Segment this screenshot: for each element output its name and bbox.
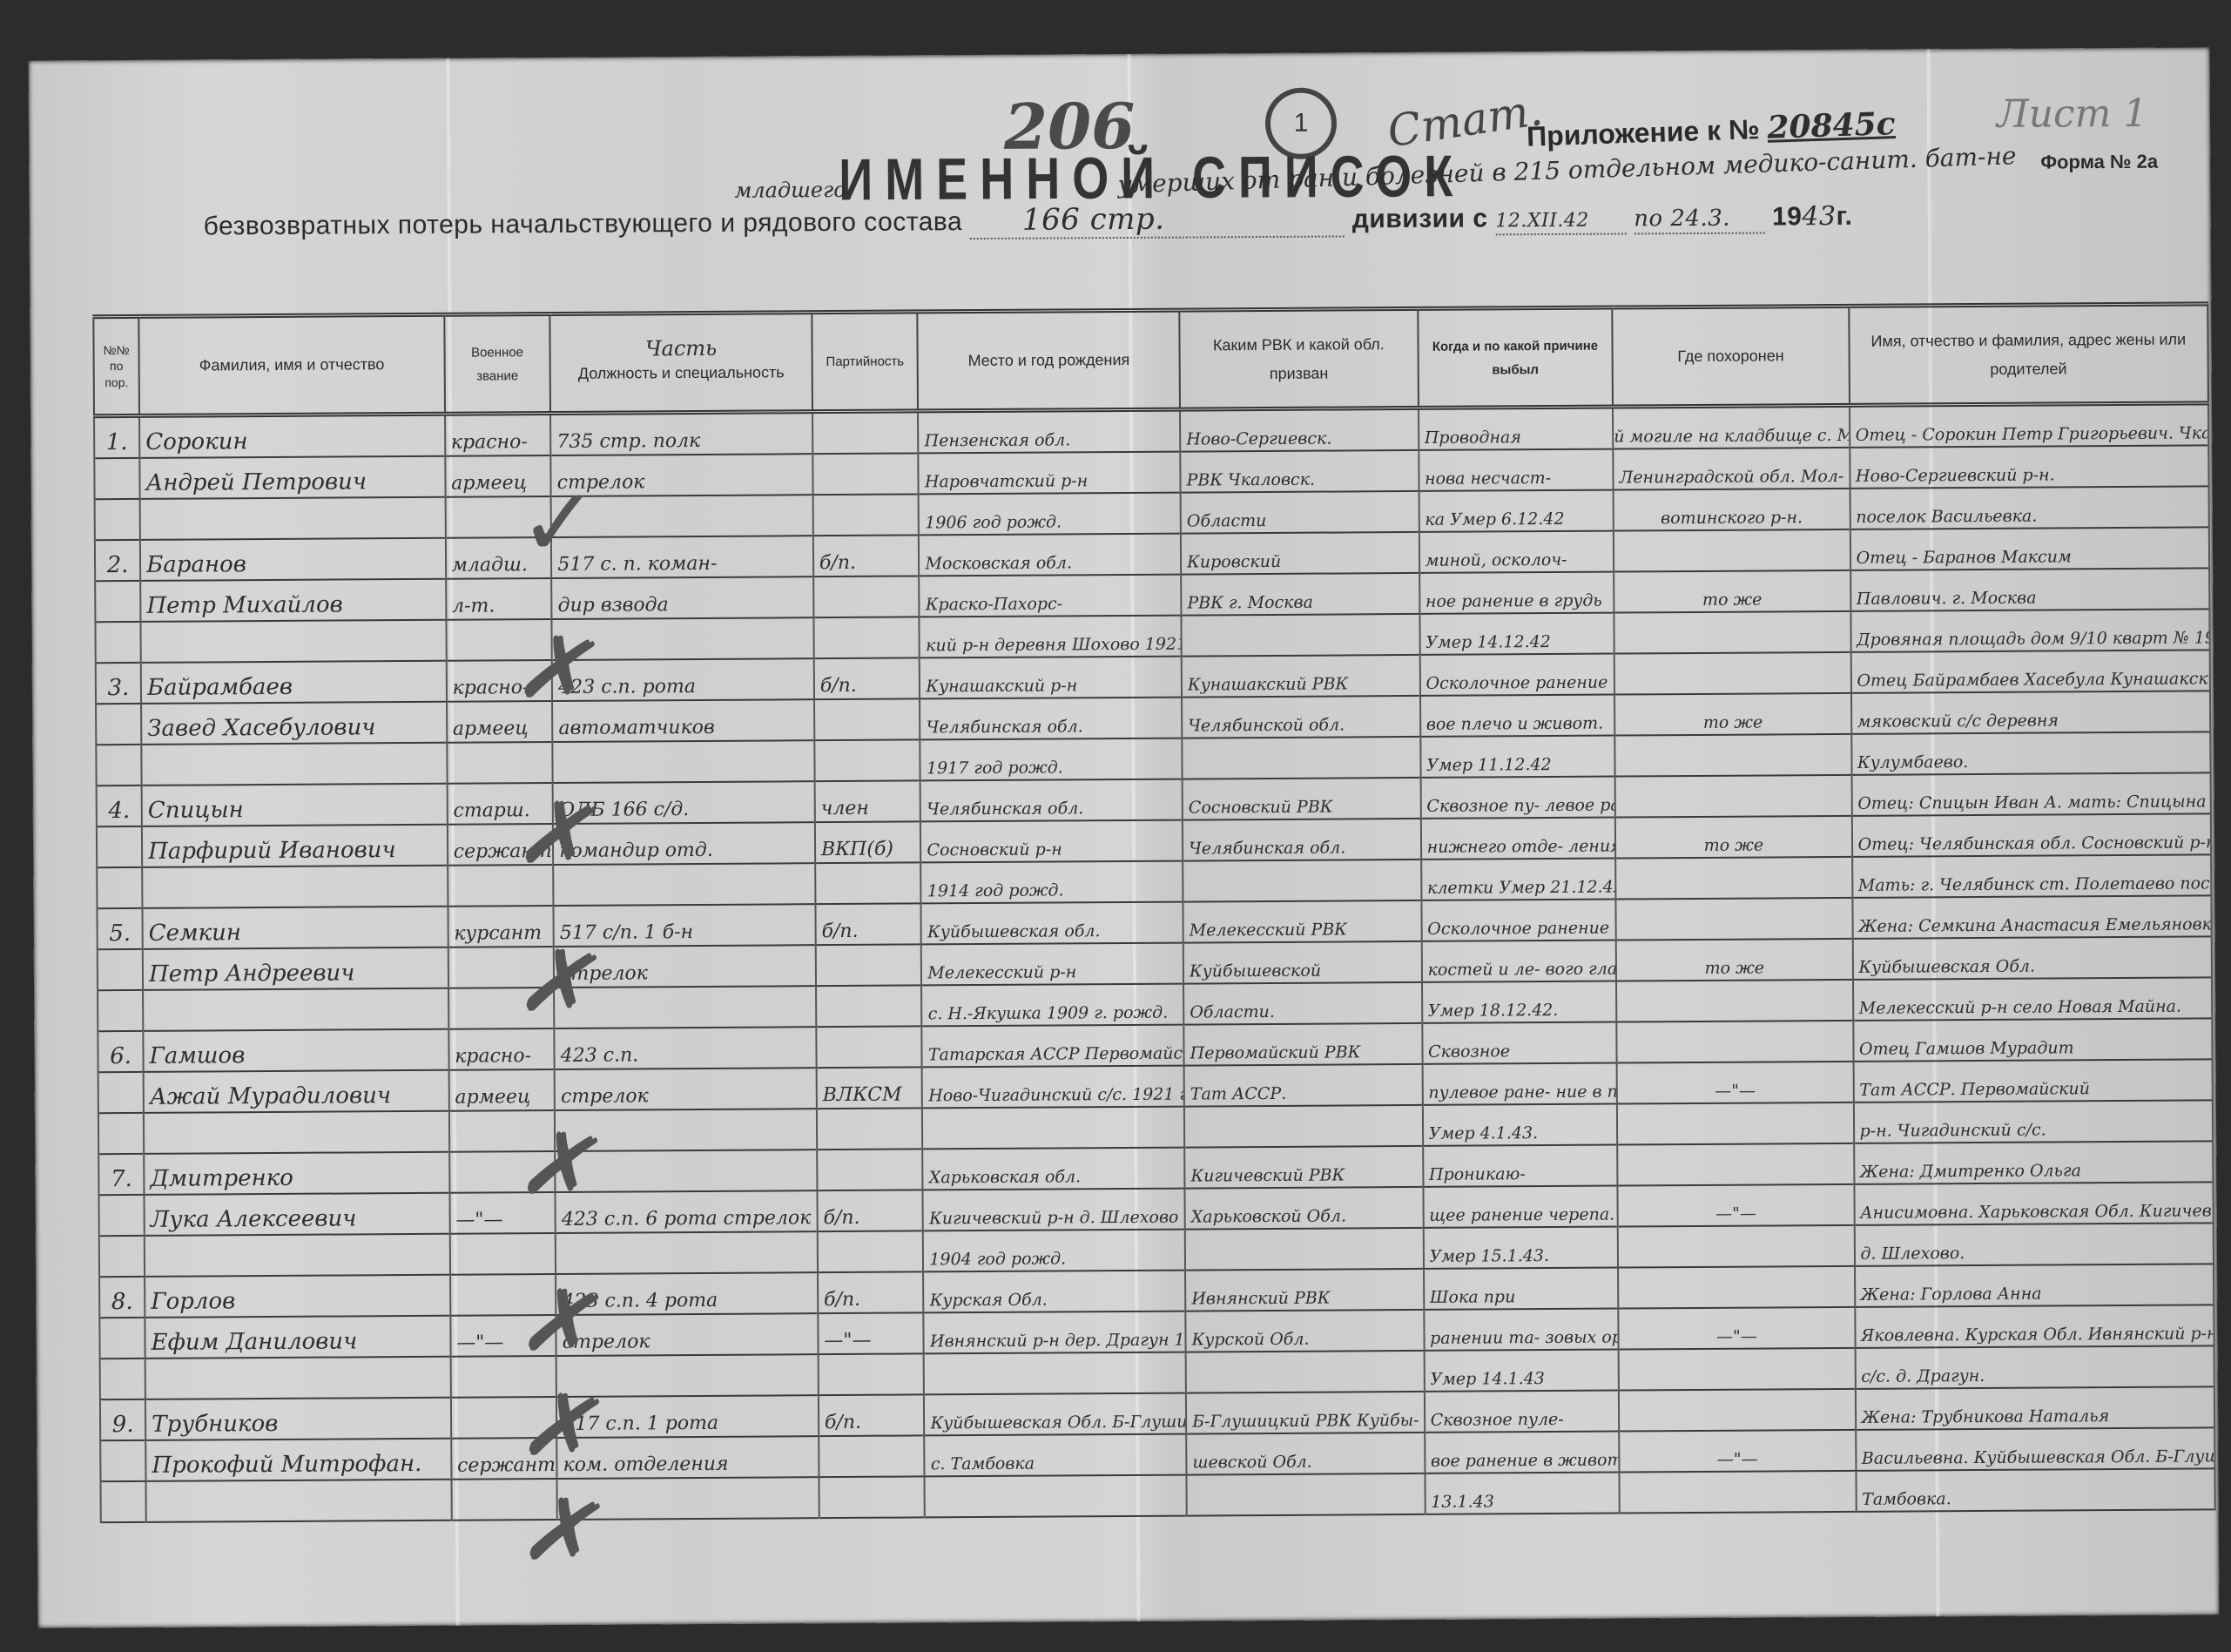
cell-name: БарановПетр Михайлов: [140, 539, 446, 664]
relatives-line: Отец Гамшов Мурадит: [1854, 1019, 2212, 1062]
death-line: нижнего отде- ления грудной: [1421, 819, 1614, 860]
birth-line: кий р-н деревня Шохово 1921 г.р.: [920, 617, 1181, 659]
relatives-line: Жена: Трубникова Наталья: [1856, 1387, 2214, 1431]
relatives-line: Отец Байрамбаев Хасебула Кунашакский р-н…: [1851, 651, 2209, 694]
cell-birth: Куйбышевская обл.Мелекесский р-нс. Н.-Як…: [921, 903, 1183, 1028]
death-line: Осколочное ранение с повреждением: [1422, 900, 1615, 942]
num-line: 5.: [98, 909, 141, 950]
party-line: член: [815, 781, 920, 823]
party-line: [813, 495, 918, 536]
cell-burial: то же: [1615, 776, 1852, 900]
cell-burial: —"—: [1616, 1022, 1853, 1146]
cell-death: Сквозноепулевое ране- ние в поясницуУмер…: [1422, 1023, 1617, 1147]
death-line: вое ранение в живот. Умер: [1426, 1433, 1619, 1474]
birth-line: Кигичевский р-н д. Шлехово: [924, 1190, 1184, 1232]
cell-burial: —"—: [1618, 1267, 1855, 1392]
rvk-line: [1185, 1106, 1422, 1149]
death-line: щее ранение черепа.: [1424, 1187, 1617, 1229]
death-line: Сквозное пу- левое ранение: [1421, 778, 1614, 819]
col-header-rank: Военное звание: [444, 314, 550, 415]
col-header-name: Фамилия, имя и отчество: [138, 314, 444, 415]
num-line: [101, 1359, 145, 1400]
burial-line: то же: [1614, 571, 1850, 614]
party-line: б/п.: [815, 658, 920, 700]
burial-line: [1617, 981, 1852, 1023]
cell-party: б/п.: [817, 1150, 923, 1273]
name-line: [144, 989, 448, 1032]
year-suffix: г.: [1836, 202, 1852, 231]
death-line: Проводная: [1419, 409, 1613, 451]
party-line: [817, 1027, 921, 1069]
num-line: [98, 950, 142, 991]
cell-name: ТрубниковПрокофий Митрофан.: [145, 1399, 451, 1523]
rvk-line: Ново-Сергиевск.: [1181, 410, 1418, 453]
rvk-line: Тат АССР.: [1185, 1065, 1422, 1108]
cell-num: 5.: [97, 909, 143, 1032]
birth-line: с. Н.-Якушка 1909 г. рожд.: [922, 985, 1183, 1028]
relatives-line: Жена: Горлова Анна: [1856, 1264, 2214, 1308]
party-line: б/п.: [814, 536, 919, 577]
table-row: 5.СемкинПетр Андреевичкурсант517 с/п. 1 …: [97, 896, 2212, 1032]
date-to: по 24.3.: [1634, 206, 1730, 233]
num-line: 2.: [96, 541, 139, 582]
party-line: [815, 740, 920, 782]
burial-line: —"—: [1619, 1308, 1854, 1351]
name-line: Баранов: [141, 539, 445, 582]
party-line: [813, 413, 918, 455]
name-line: Гамшов: [144, 1030, 448, 1073]
cell-birth: Московская обл.Краско-Пахорс-кий р-н дер…: [919, 535, 1181, 659]
birth-line: Сосновский р-н: [921, 821, 1182, 864]
relatives-line: Дровяная площадь дом 9/10 кварт № 19.: [1851, 610, 2209, 653]
num-line: 8.: [100, 1278, 144, 1318]
cell-death: Проводнаянова несчаст-ка Умер 6.12.42: [1419, 407, 1614, 533]
death-line: нова несчаст-: [1419, 450, 1613, 492]
party-line: [819, 1354, 923, 1396]
position-line: 735 стр. полк: [551, 414, 812, 456]
burial-line: то же: [1616, 817, 1851, 860]
num-line: [96, 623, 139, 664]
cell-name: ДмитренкоЛука Алексеевич: [144, 1153, 449, 1278]
death-line: ранении та- зовых органов: [1425, 1310, 1618, 1352]
name-line: Прокофий Митрофан.: [146, 1440, 450, 1482]
name-line: [142, 621, 446, 664]
birth-line: Пензенская обл.: [919, 412, 1179, 455]
burial-line: В братской могиле на кладбище с. Молвоти…: [1614, 408, 1849, 450]
birth-line: 1917 год рожд.: [921, 739, 1182, 782]
death-line: вое плечо и живот.: [1421, 696, 1614, 738]
col-header-position-label: Должность и специальность: [555, 359, 808, 388]
burial-line: [1620, 1390, 1855, 1433]
cell-death: Сквозное пуле-вое ранение в живот. Умер1…: [1424, 1392, 1619, 1515]
cell-name: ГамшовАжай Мурадилович: [143, 1030, 448, 1155]
num-line: 1.: [95, 418, 138, 459]
cell-num: 7.: [98, 1155, 145, 1278]
cell-party: б/п.—"—: [818, 1272, 924, 1396]
birth-line: Челябинская обл.: [921, 780, 1182, 823]
cell-relatives: Жена: Трубникова НатальяВасильевна. Куйб…: [1855, 1387, 2214, 1513]
party-line: [814, 617, 919, 659]
col-header-num: №№ по пор.: [93, 316, 139, 415]
death-line: Умер 11.12.42: [1421, 737, 1614, 779]
cell-burial: —"—: [1617, 1144, 1854, 1269]
burial-line: [1614, 530, 1850, 573]
cell-party: ВЛКСМ: [816, 1027, 922, 1150]
name-line: Сорокин: [140, 416, 444, 459]
form-label: Форма № 2а: [2040, 151, 2158, 174]
party-line: ВЛКСМ: [817, 1068, 921, 1109]
cell-rvk: Сосновский РВКЧелябинская обл.: [1183, 779, 1421, 903]
rvk-line: РВК Чкаловск.: [1181, 451, 1418, 494]
rvk-line: [1186, 1229, 1423, 1271]
cell-party: б/п.: [813, 536, 920, 659]
birth-line: 1914 год рожд.: [922, 862, 1183, 905]
num-line: [99, 1196, 143, 1237]
relatives-line: Анисимовна. Харьковская Обл. Кигичевский…: [1855, 1183, 2213, 1226]
name-line: [143, 866, 447, 909]
cell-num: 4.: [97, 786, 143, 909]
death-line: Осколочное ранение в ле-: [1420, 655, 1614, 697]
name-line: Парфирий Иванович: [143, 826, 447, 868]
circled-number-text: 1: [1294, 109, 1309, 138]
document-sheet: 206 1 Стат. Приложение к № 20845с Лист 1…: [29, 47, 2220, 1628]
rvk-line: [1187, 1352, 1424, 1394]
cell-party: [812, 411, 919, 536]
cell-birth: Курская Обл.Ивнянский р-н дер. Драгун 19…: [923, 1271, 1185, 1396]
cell-relatives: Отец - Баранов МаксимПавлович. г. Москва…: [1850, 528, 2209, 653]
appendix-label: Приложение к №: [1527, 113, 1761, 152]
cell-party: б/п.: [819, 1395, 925, 1519]
burial-line: Ленинградской обл. Мол-: [1614, 448, 1849, 491]
date-to-field: по 24.3.: [1634, 202, 1764, 234]
num-line: [101, 1441, 145, 1482]
relatives-line: Ново-Сергиевский р-н.: [1850, 446, 2208, 489]
rvk-line: Первомайский РВК: [1184, 1024, 1421, 1067]
burial-line: [1617, 899, 1852, 941]
relatives-line: Павлович. г. Москва: [1851, 569, 2209, 612]
party-line: [816, 863, 920, 905]
relatives-line: мяковский с/с деревня: [1852, 691, 2210, 735]
cell-rvk: Ивнянский РВККурской Обл.: [1185, 1270, 1424, 1394]
col-header-party: Партийность: [812, 312, 918, 412]
num-line: 9.: [101, 1400, 145, 1441]
relatives-line: Васильевна. Куйбышевская Обл. Б-Глушицки…: [1857, 1428, 2214, 1472]
birth-line: Ново-Чигадинский с/с. 1921 г. рожд.: [923, 1067, 1183, 1109]
cell-birth: Кунашакский р-нЧелябинская обл.1917 год …: [920, 657, 1182, 782]
rvk-line: Харьковской Обл.: [1186, 1188, 1423, 1231]
party-line: б/п.: [819, 1395, 924, 1437]
num-line: [98, 868, 141, 909]
cell-birth: Пензенская обл.Наровчатский р-н1906 год …: [918, 409, 1181, 536]
rvk-line: Сосновский РВК: [1183, 779, 1420, 821]
relatives-line: д. Шлехово.: [1855, 1224, 2213, 1267]
col-header-burial: Где похоронен: [1612, 306, 1849, 407]
cell-num: 2.: [95, 541, 141, 664]
cell-name: БайрамбаевЗавед Хасебулович: [141, 662, 447, 786]
birth-line: Краско-Пахорс-: [920, 576, 1181, 618]
name-line: [145, 1235, 449, 1278]
relatives-line: Жена: Семкина Анастасия Емельяновка.: [1853, 896, 2211, 940]
rvk-line: Челябинской обл.: [1183, 697, 1419, 739]
cell-num: 9.: [100, 1400, 146, 1523]
rvk-line: Курской Обл.: [1186, 1311, 1423, 1353]
birth-line: 1904 год рожд.: [924, 1231, 1184, 1273]
burial-line: —"—: [1619, 1185, 1854, 1228]
relatives-line: Мать: г. Челябинск ст. Полетаево пос. Бу…: [1853, 855, 2211, 899]
relatives-line: Отец - Баранов Максим: [1850, 528, 2208, 571]
num-line: 7.: [99, 1155, 143, 1196]
birth-line: Мелекесский р-н: [922, 944, 1183, 987]
party-line: [818, 1150, 922, 1191]
num-line: [95, 459, 138, 500]
cell-death: Проникаю-щее ранение черепа.Умер 15.1.43…: [1423, 1146, 1618, 1270]
appendix-number: 20845с: [1767, 105, 1896, 146]
num-line: 6.: [98, 1032, 142, 1073]
table-row: 8.ГорловЕфим Данилович—"—423 с.п. 4 рота…: [99, 1264, 2214, 1400]
position-note: Часть: [555, 338, 808, 361]
table-row: 4.СпицынПарфирий Ивановичстарш.сержантОЛ…: [97, 773, 2212, 909]
cell-num: 3.: [96, 664, 142, 786]
cell-birth: Татарская АССР Первомайский р-нНово-Чига…: [922, 1026, 1184, 1150]
table-header-row: №№ по пор. Фамилия, имя и отчество Военн…: [93, 304, 2208, 416]
num-line: 3.: [97, 664, 140, 705]
relatives-line: Жена: Дмитренко Ольга: [1855, 1142, 2213, 1185]
cell-birth: Харьковская обл.Кигичевский р-н д. Шлехо…: [923, 1149, 1185, 1273]
burial-line: [1621, 1472, 1856, 1514]
burial-line: то же: [1615, 694, 1850, 737]
party-line: [819, 1436, 924, 1478]
death-line: Умер 14.12.42: [1420, 614, 1614, 656]
death-line: пулевое ране- ние в поясницу: [1423, 1064, 1616, 1106]
num-line: [98, 991, 142, 1032]
losses-table: №№ по пор. Фамилия, имя и отчество Военн…: [92, 301, 2215, 1523]
name-line: Ажай Мурадилович: [145, 1071, 448, 1114]
relatives-line: р-н. Чигадинский с/с.: [1854, 1101, 2212, 1144]
death-line: Умер 18.12.42.: [1423, 982, 1616, 1024]
unit-field: 166 стр.: [970, 200, 1345, 239]
burial-line: [1620, 1349, 1855, 1392]
name-line: Трубников: [146, 1399, 450, 1441]
burial-line: [1616, 858, 1851, 900]
relatives-line: Куйбышевская Обл.: [1853, 937, 2211, 981]
year-value: 43: [1802, 201, 1836, 232]
relatives-line: с/с. д. Драгун.: [1856, 1346, 2214, 1390]
num-line: [99, 1073, 143, 1114]
party-line: [817, 945, 921, 987]
burial-line: то же: [1617, 940, 1852, 982]
rvk-line: РВК г. Москва: [1182, 574, 1419, 617]
num-line: [100, 1318, 144, 1359]
sheet-note: Лист 1: [1997, 91, 2148, 137]
cell-relatives: Отец Байрамбаев Хасебула Кунашакский р-н…: [1850, 651, 2210, 776]
relatives-line: Тат АССР. Первомайский: [1854, 1060, 2212, 1103]
burial-line: [1615, 653, 1850, 696]
cell-name: СемкинПетр Андреевич: [143, 907, 448, 1032]
cell-death: Осколочное ранение с повреждениемкостей …: [1421, 900, 1616, 1024]
name-line: Андрей Петрович: [140, 457, 444, 500]
subtitle-part-1: безвозвратных потерь начальствующего: [204, 209, 713, 241]
party-line: [814, 577, 919, 618]
party-line: [819, 1231, 923, 1273]
table-row: 7.ДмитренкоЛука Алексеевич—"—423 с.п. 6 …: [98, 1142, 2214, 1278]
name-line: Дмитренко: [145, 1153, 448, 1196]
subtitle-part-2: и рядового состава: [720, 207, 962, 238]
num-line: [101, 1482, 145, 1523]
cell-burial: то же: [1614, 530, 1850, 655]
rvk-line: Б-Глушицкий РВК Куйбы-: [1187, 1392, 1424, 1435]
cell-birth: Куйбышевская Обл. Б-Глушицкий р-нс. Тамб…: [924, 1394, 1186, 1519]
cell-rvk: Кунашакский РВКЧелябинской обл.: [1182, 656, 1420, 780]
cell-relatives: Отец Гамшов МурадитТат АССР. Первомайски…: [1853, 1019, 2213, 1144]
date-from-field: 12.XII.42: [1495, 203, 1626, 235]
burial-line: —"—: [1618, 1062, 1853, 1105]
cell-burial: —"—: [1619, 1390, 1856, 1514]
party-line: б/п.: [816, 904, 920, 946]
death-line: Сквозное пуле-: [1425, 1392, 1618, 1433]
death-line: Умер 15.1.43.: [1424, 1228, 1617, 1270]
num-line: 4.: [98, 786, 141, 827]
birth-line: [926, 1476, 1186, 1519]
birth-line: Ивнянский р-н дер. Драгун 1906 г.р.: [925, 1312, 1185, 1355]
cell-name: СорокинАндрей Петрович: [139, 414, 445, 541]
birth-line: Кунашакский р-н: [920, 657, 1181, 700]
death-line: миной, осколоч-: [1419, 532, 1613, 574]
rvk-line: Кунашакский РВК: [1183, 656, 1419, 698]
burial-line: [1615, 612, 1850, 655]
name-line: Ефим Данилович: [145, 1317, 449, 1359]
rvk-line: Кировский: [1182, 533, 1419, 576]
death-line: Умер 14.1.43: [1425, 1351, 1618, 1392]
birth-line: Куйбышевская обл.: [922, 903, 1183, 946]
death-line: 13.1.43: [1426, 1473, 1619, 1515]
position-line: автоматчиков: [553, 700, 813, 743]
cell-rvk: Ново-Сергиевск.РВК Чкаловск.Области: [1180, 408, 1419, 534]
birth-line: 1906 год рожд.: [920, 494, 1180, 536]
name-line: Семкин: [144, 907, 448, 950]
table-row: 9.ТрубниковПрокофий Митрофан.сержант517 …: [100, 1387, 2215, 1523]
num-line: [96, 500, 139, 541]
relatives-line: Отец: Челябинская обл. Сосновский р-н по…: [1852, 814, 2210, 858]
cell-rvk: Первомайский РВКТат АССР.: [1183, 1024, 1422, 1149]
position-line: дир взвода: [552, 577, 812, 620]
cell-death: миной, осколоч-ное ранение в грудьУмер 1…: [1419, 532, 1614, 656]
birth-line: Наровчатский р-н: [920, 453, 1180, 496]
rvk-line: Куйбышевской: [1184, 942, 1421, 985]
death-line: ное ранение в грудь: [1420, 573, 1614, 615]
col-header-birth: Место и год рождения: [918, 310, 1180, 411]
rvk-line: Челябинская обл.: [1183, 819, 1420, 862]
table-row: 6.ГамшовАжай Мурадиловичкрасно-армеец423…: [98, 1019, 2213, 1155]
relatives-line: поселок Васильевка.: [1850, 487, 2208, 530]
relatives-line: Отец: Спицын Иван А. мать: Спицына Евдок…: [1852, 773, 2210, 817]
rvk-line: Области.: [1184, 983, 1421, 1026]
name-line: [145, 1112, 448, 1155]
cell-death: Сквозное пу- левое ранениенижнего отде- …: [1420, 778, 1615, 901]
death-line: Умер 4.1.43.: [1423, 1105, 1616, 1147]
cell-relatives: Жена: Горлова АннаЯковлевна. Курская Обл…: [1855, 1264, 2214, 1390]
birth-line: [923, 1108, 1183, 1150]
division-label: дивизии с: [1352, 204, 1488, 233]
death-line: Сквозное: [1423, 1023, 1616, 1065]
cell-rvk: Мелекесский РВККуйбышевскойОбласти.: [1183, 901, 1422, 1026]
rank-line: красно-: [446, 415, 550, 457]
birth-line: Курская Обл.: [924, 1271, 1184, 1314]
cell-relatives: Жена: Семкина Анастасия Емельяновка.Куйб…: [1852, 896, 2212, 1022]
birth-line: Харьковская обл.: [924, 1149, 1184, 1191]
name-line: [146, 1358, 450, 1400]
cell-num: 8.: [99, 1278, 145, 1400]
death-line: костей и ле- вого глаза: [1422, 941, 1615, 983]
num-line: [98, 827, 141, 868]
party-line: —"—: [819, 1313, 923, 1355]
birth-line: Куйбышевская Обл. Б-Глушицкий р-н: [925, 1394, 1185, 1437]
party-line: [817, 986, 921, 1028]
num-line: [99, 1114, 143, 1155]
position-line: 423 с.п.: [556, 1028, 816, 1070]
party-line: [818, 1109, 922, 1150]
cell-relatives: Жена: Дмитренко ОльгаАнисимовна. Харьков…: [1854, 1142, 2214, 1267]
burial-line: [1617, 1022, 1852, 1064]
rvk-line: [1183, 615, 1419, 657]
cell-rvk: Б-Глушицкий РВК Куйбы-шевской Обл.: [1186, 1392, 1425, 1517]
subtitle-line: безвозвратных потерь начальствующего и р…: [204, 198, 1853, 245]
cell-name: СпицынПарфирий Иванович: [142, 785, 448, 909]
relatives-line: Мелекесский р-н село Новая Майна.: [1854, 978, 2212, 1022]
cell-name: ГорловЕфим Данилович: [145, 1276, 450, 1400]
party-line: б/п.: [819, 1272, 923, 1314]
num-line: [97, 705, 140, 745]
cell-rvk: КировскийРВК г. Москва: [1181, 533, 1419, 657]
date-from: 12.XII.42: [1495, 210, 1589, 233]
rank-insert: младшего: [734, 178, 846, 203]
death-line: Шока при: [1425, 1269, 1618, 1311]
cell-party: б/п.: [814, 658, 920, 782]
col-header-relatives: Имя, отчество и фамилия, адрес жены или …: [1849, 304, 2208, 406]
rvk-line: Области: [1182, 492, 1419, 535]
burial-line: [1615, 735, 1850, 778]
cell-relatives: Отец - Сорокин Петр Григорьевич. Чкаловс…: [1849, 403, 2208, 530]
party-line: б/п.: [818, 1190, 922, 1232]
relatives-line: Отец - Сорокин Петр Григорьевич. Чкаловс…: [1850, 405, 2208, 448]
relatives-line: Кулумбаево.: [1852, 732, 2210, 776]
position-line: стрелок: [556, 1069, 816, 1111]
cell-burial: то же: [1616, 899, 1853, 1023]
position-line: [554, 741, 814, 784]
name-line: Байрамбаев: [142, 662, 446, 705]
cell-death: Осколочное ранение в ле-вое плечо и живо…: [1419, 655, 1614, 779]
relatives-line: Яковлевна. Курская Обл. Ивнянский р-н. С…: [1856, 1305, 2214, 1349]
year-prefix: 19: [1772, 202, 1803, 231]
burial-line: вотинского р-н.: [1614, 489, 1850, 532]
death-line: Проникаю-: [1424, 1146, 1617, 1188]
rvk-line: [1183, 738, 1419, 780]
death-line: ка Умер 6.12.42: [1419, 491, 1613, 533]
burial-line: [1618, 1103, 1853, 1146]
name-line: [147, 1480, 451, 1523]
relatives-line: Тамбовка.: [1857, 1469, 2214, 1513]
cell-burial: В братской могиле на кладбище с. Молвоти…: [1613, 405, 1850, 531]
num-line: [100, 1237, 144, 1278]
rvk-line: Мелекесский РВК: [1184, 901, 1421, 944]
cell-party: членВКП(б): [814, 781, 920, 905]
birth-line: [925, 1353, 1185, 1396]
name-line: Петр Андреевич: [144, 948, 448, 991]
rvk-line: [1183, 860, 1420, 903]
cell-num: 6.: [98, 1032, 144, 1155]
table-row: 1.СорокинАндрей Петровичкрасно-армеец735…: [94, 403, 2209, 541]
col-header-rvk: Каким РВК и какой обл. призван: [1179, 308, 1418, 409]
cell-burial: то же: [1614, 653, 1851, 778]
